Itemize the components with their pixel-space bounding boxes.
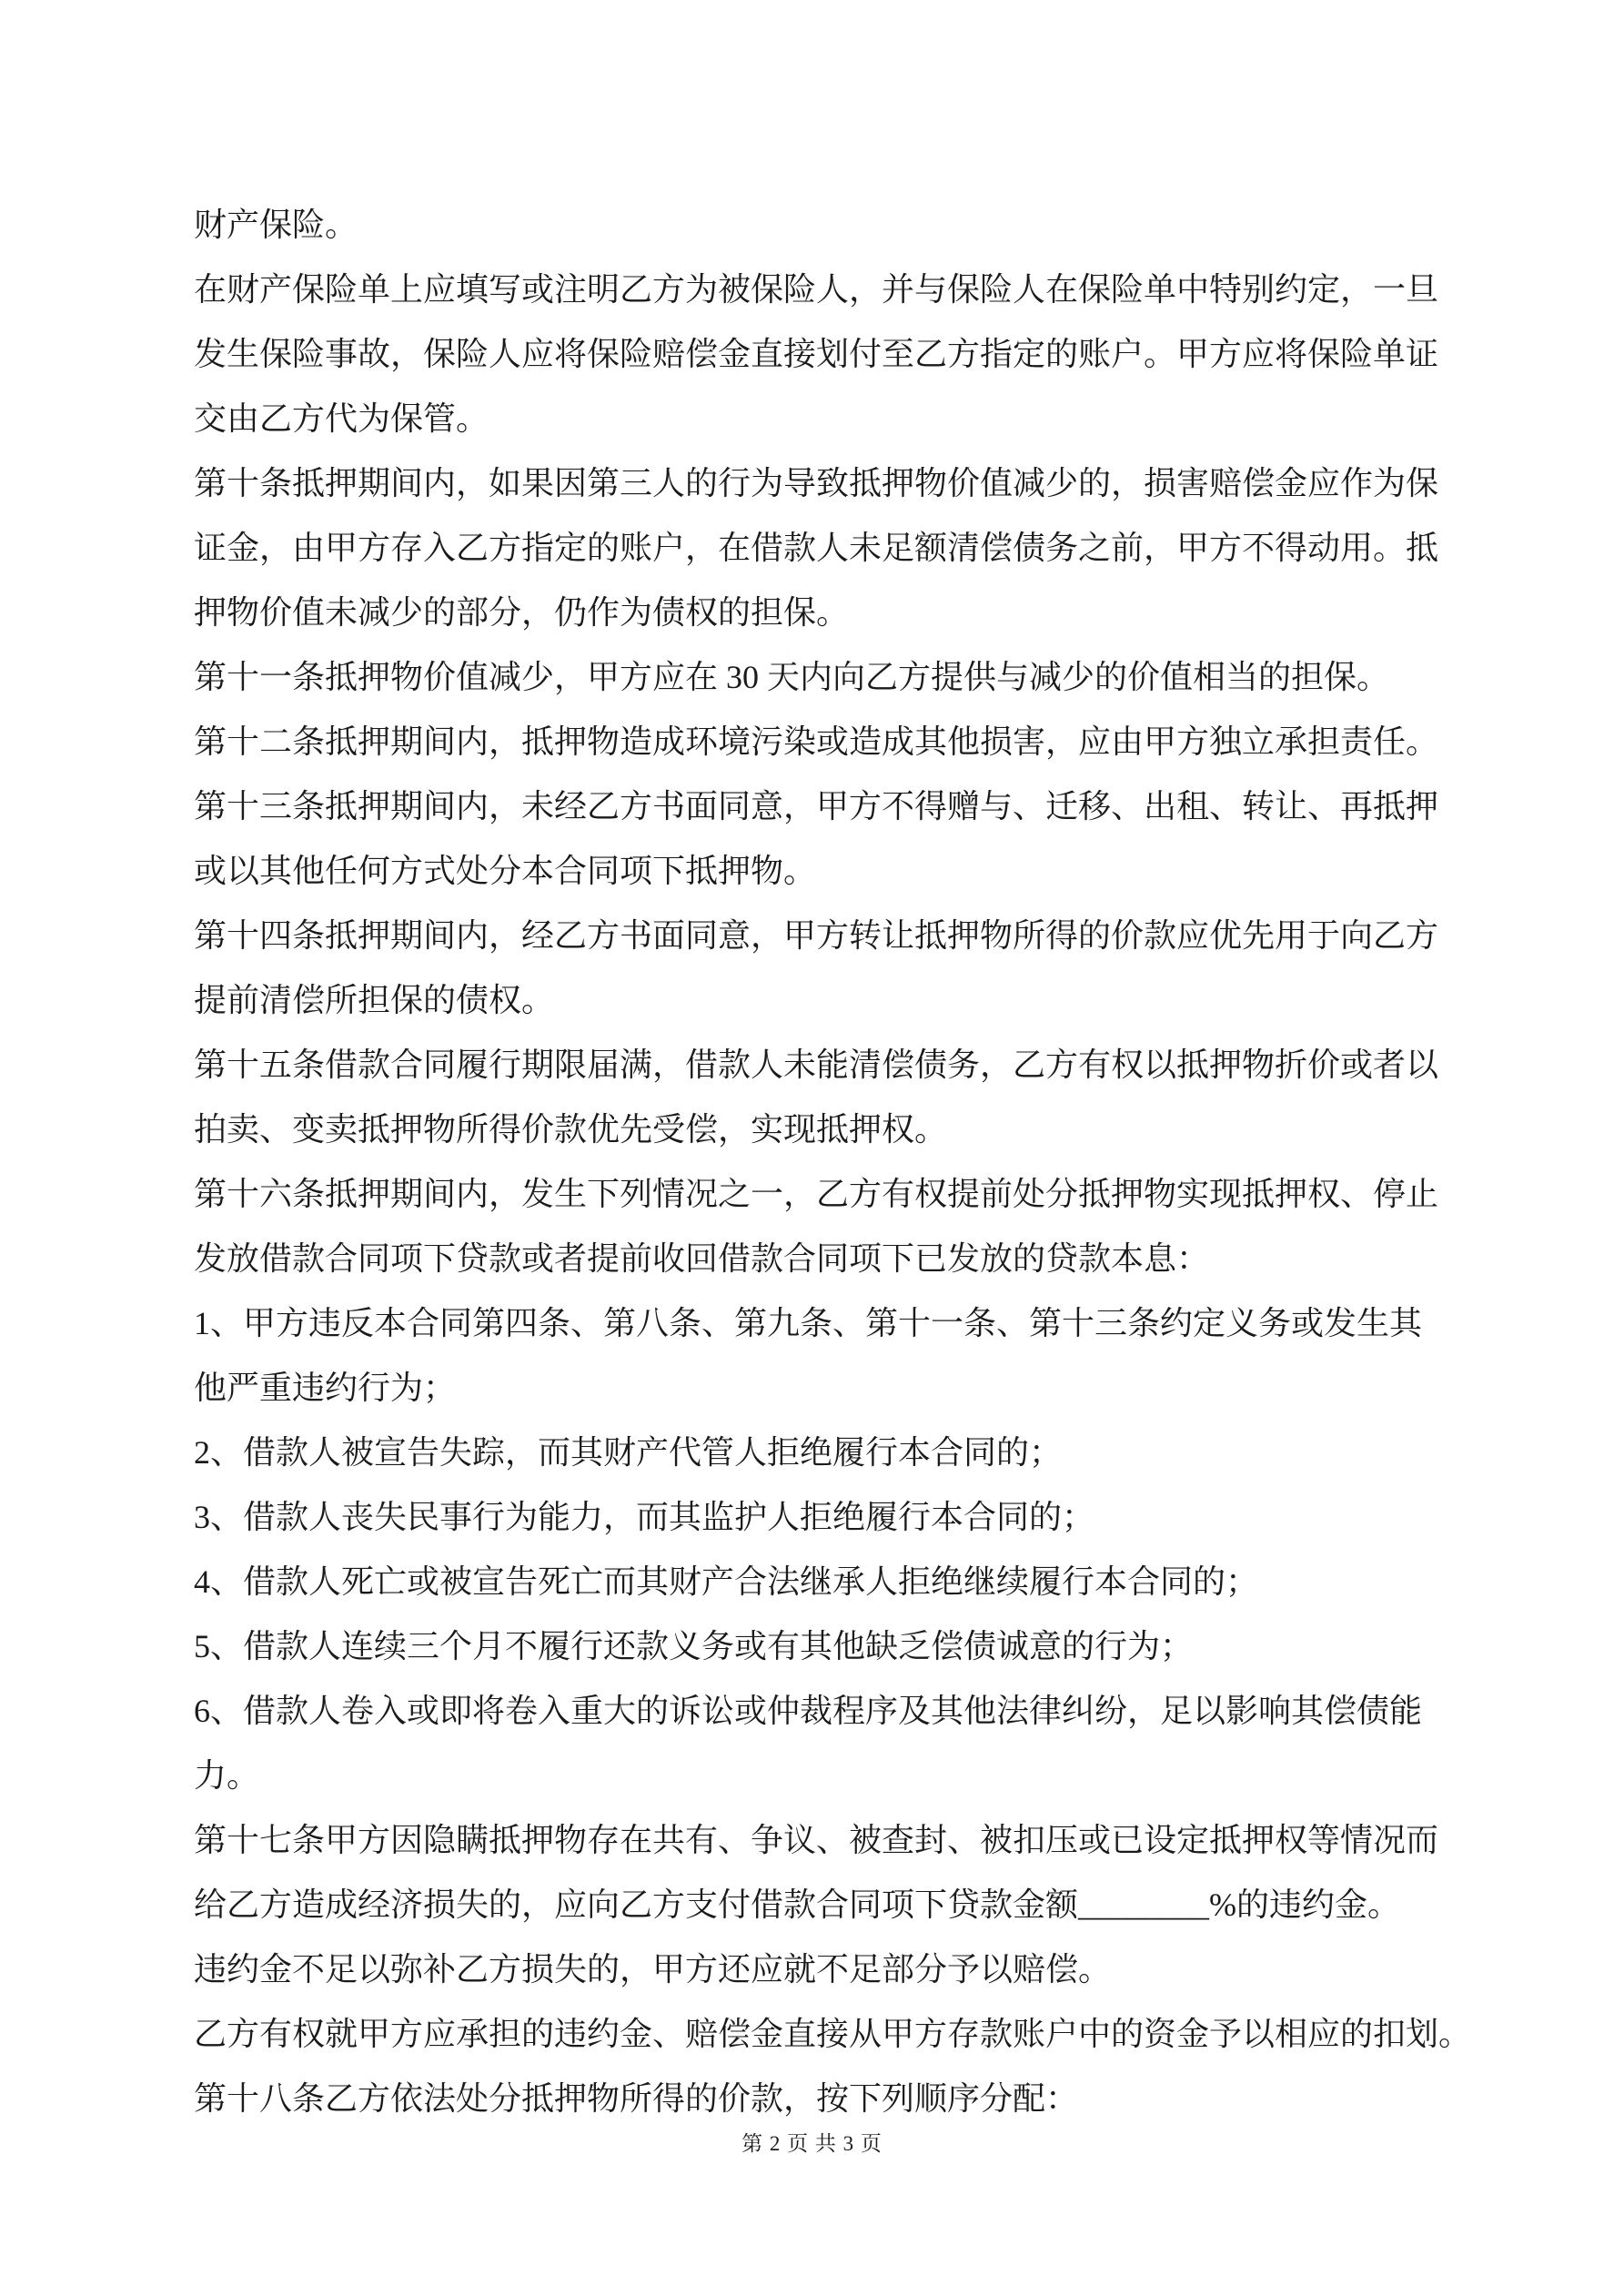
page-number-footer: 第 2 页 共 3 页 [0, 2131, 1624, 2157]
document-line: 第十一条抵押物价值减少，甲方应在 30 天内向乙方提供与减少的价值相当的担保。 [194, 645, 1442, 710]
document-line: 发生保险事故，保险人应将保险赔偿金直接划付至乙方指定的账户。甲方应将保险单证 [194, 322, 1442, 387]
document-line: 第十三条抵押期间内，未经乙方书面同意，甲方不得赠与、迁移、出租、转让、再抵押 [194, 774, 1442, 839]
document-line: 5、借款人连续三个月不履行还款义务或有其他缺乏偿债诚意的行为； [194, 1614, 1442, 1679]
document-line: 违约金不足以弥补乙方损失的，甲方还应就不足部分予以赔偿。 [194, 1937, 1442, 2002]
document-line: 证金，由甲方存入乙方指定的账户，在借款人未足额清偿债务之前，甲方不得动用。抵 [194, 516, 1442, 581]
document-line: 第十八条乙方依法处分抵押物所得的价款，按下列顺序分配： [194, 2067, 1442, 2131]
document-body: 财产保险。 在财产保险单上应填写或注明乙方为被保险人，并与保险人在保险单中特别约… [194, 193, 1442, 2131]
document-line: 6、借款人卷入或即将卷入重大的诉讼或仲裁程序及其他法律纠纷，足以影响其偿债能 [194, 1679, 1442, 1744]
document-line: 3、借款人丧失民事行为能力，而其监护人拒绝履行本合同的； [194, 1485, 1442, 1550]
document-line: 第十条抵押期间内，如果因第三人的行为导致抵押物价值减少的，损害赔偿金应作为保 [194, 451, 1442, 516]
document-line: 第十二条抵押期间内，抵押物造成环境污染或造成其他损害，应由甲方独立承担责任。 [194, 710, 1442, 774]
document-line: 交由乙方代为保管。 [194, 387, 1442, 451]
document-page: 财产保险。 在财产保险单上应填写或注明乙方为被保险人，并与保险人在保险单中特别约… [0, 0, 1624, 2296]
document-line: 发放借款合同项下贷款或者提前收回借款合同项下已发放的贷款本息： [194, 1227, 1442, 1291]
document-line: 乙方有权就甲方应承担的违约金、赔偿金直接从甲方存款账户中的资金予以相应的扣划。 [194, 2002, 1442, 2067]
document-line: 第十七条甲方因隐瞒抵押物存在共有、争议、被查封、被扣压或已设定抵押权等情况而 [194, 1808, 1442, 1873]
document-line: 力。 [194, 1744, 1442, 1808]
document-line: 或以其他任何方式处分本合同项下抵押物。 [194, 839, 1442, 904]
document-line: 给乙方造成经济损失的，应向乙方支付借款合同项下贷款金额________%的违约金… [194, 1873, 1442, 1937]
document-line: 第十四条抵押期间内，经乙方书面同意，甲方转让抵押物所得的价款应优先用于向乙方 [194, 904, 1442, 968]
document-line: 1、甲方违反本合同第四条、第八条、第九条、第十一条、第十三条约定义务或发生其 [194, 1291, 1442, 1356]
document-line: 他严重违约行为； [194, 1356, 1442, 1421]
document-line: 2、借款人被宣告失踪，而其财产代管人拒绝履行本合同的； [194, 1421, 1442, 1485]
document-line: 提前清偿所担保的债权。 [194, 968, 1442, 1033]
document-line: 第十六条抵押期间内，发生下列情况之一，乙方有权提前处分抵押物实现抵押权、停止 [194, 1162, 1442, 1227]
document-line: 财产保险。 [194, 193, 1442, 258]
document-line: 押物价值未减少的部分，仍作为债权的担保。 [194, 581, 1442, 645]
document-line: 4、借款人死亡或被宣告死亡而其财产合法继承人拒绝继续履行本合同的； [194, 1550, 1442, 1614]
document-line: 拍卖、变卖抵押物所得价款优先受偿，实现抵押权。 [194, 1097, 1442, 1162]
document-line: 在财产保险单上应填写或注明乙方为被保险人，并与保险人在保险单中特别约定，一旦 [194, 258, 1442, 322]
document-line: 第十五条借款合同履行期限届满，借款人未能清偿债务，乙方有权以抵押物折价或者以 [194, 1033, 1442, 1097]
